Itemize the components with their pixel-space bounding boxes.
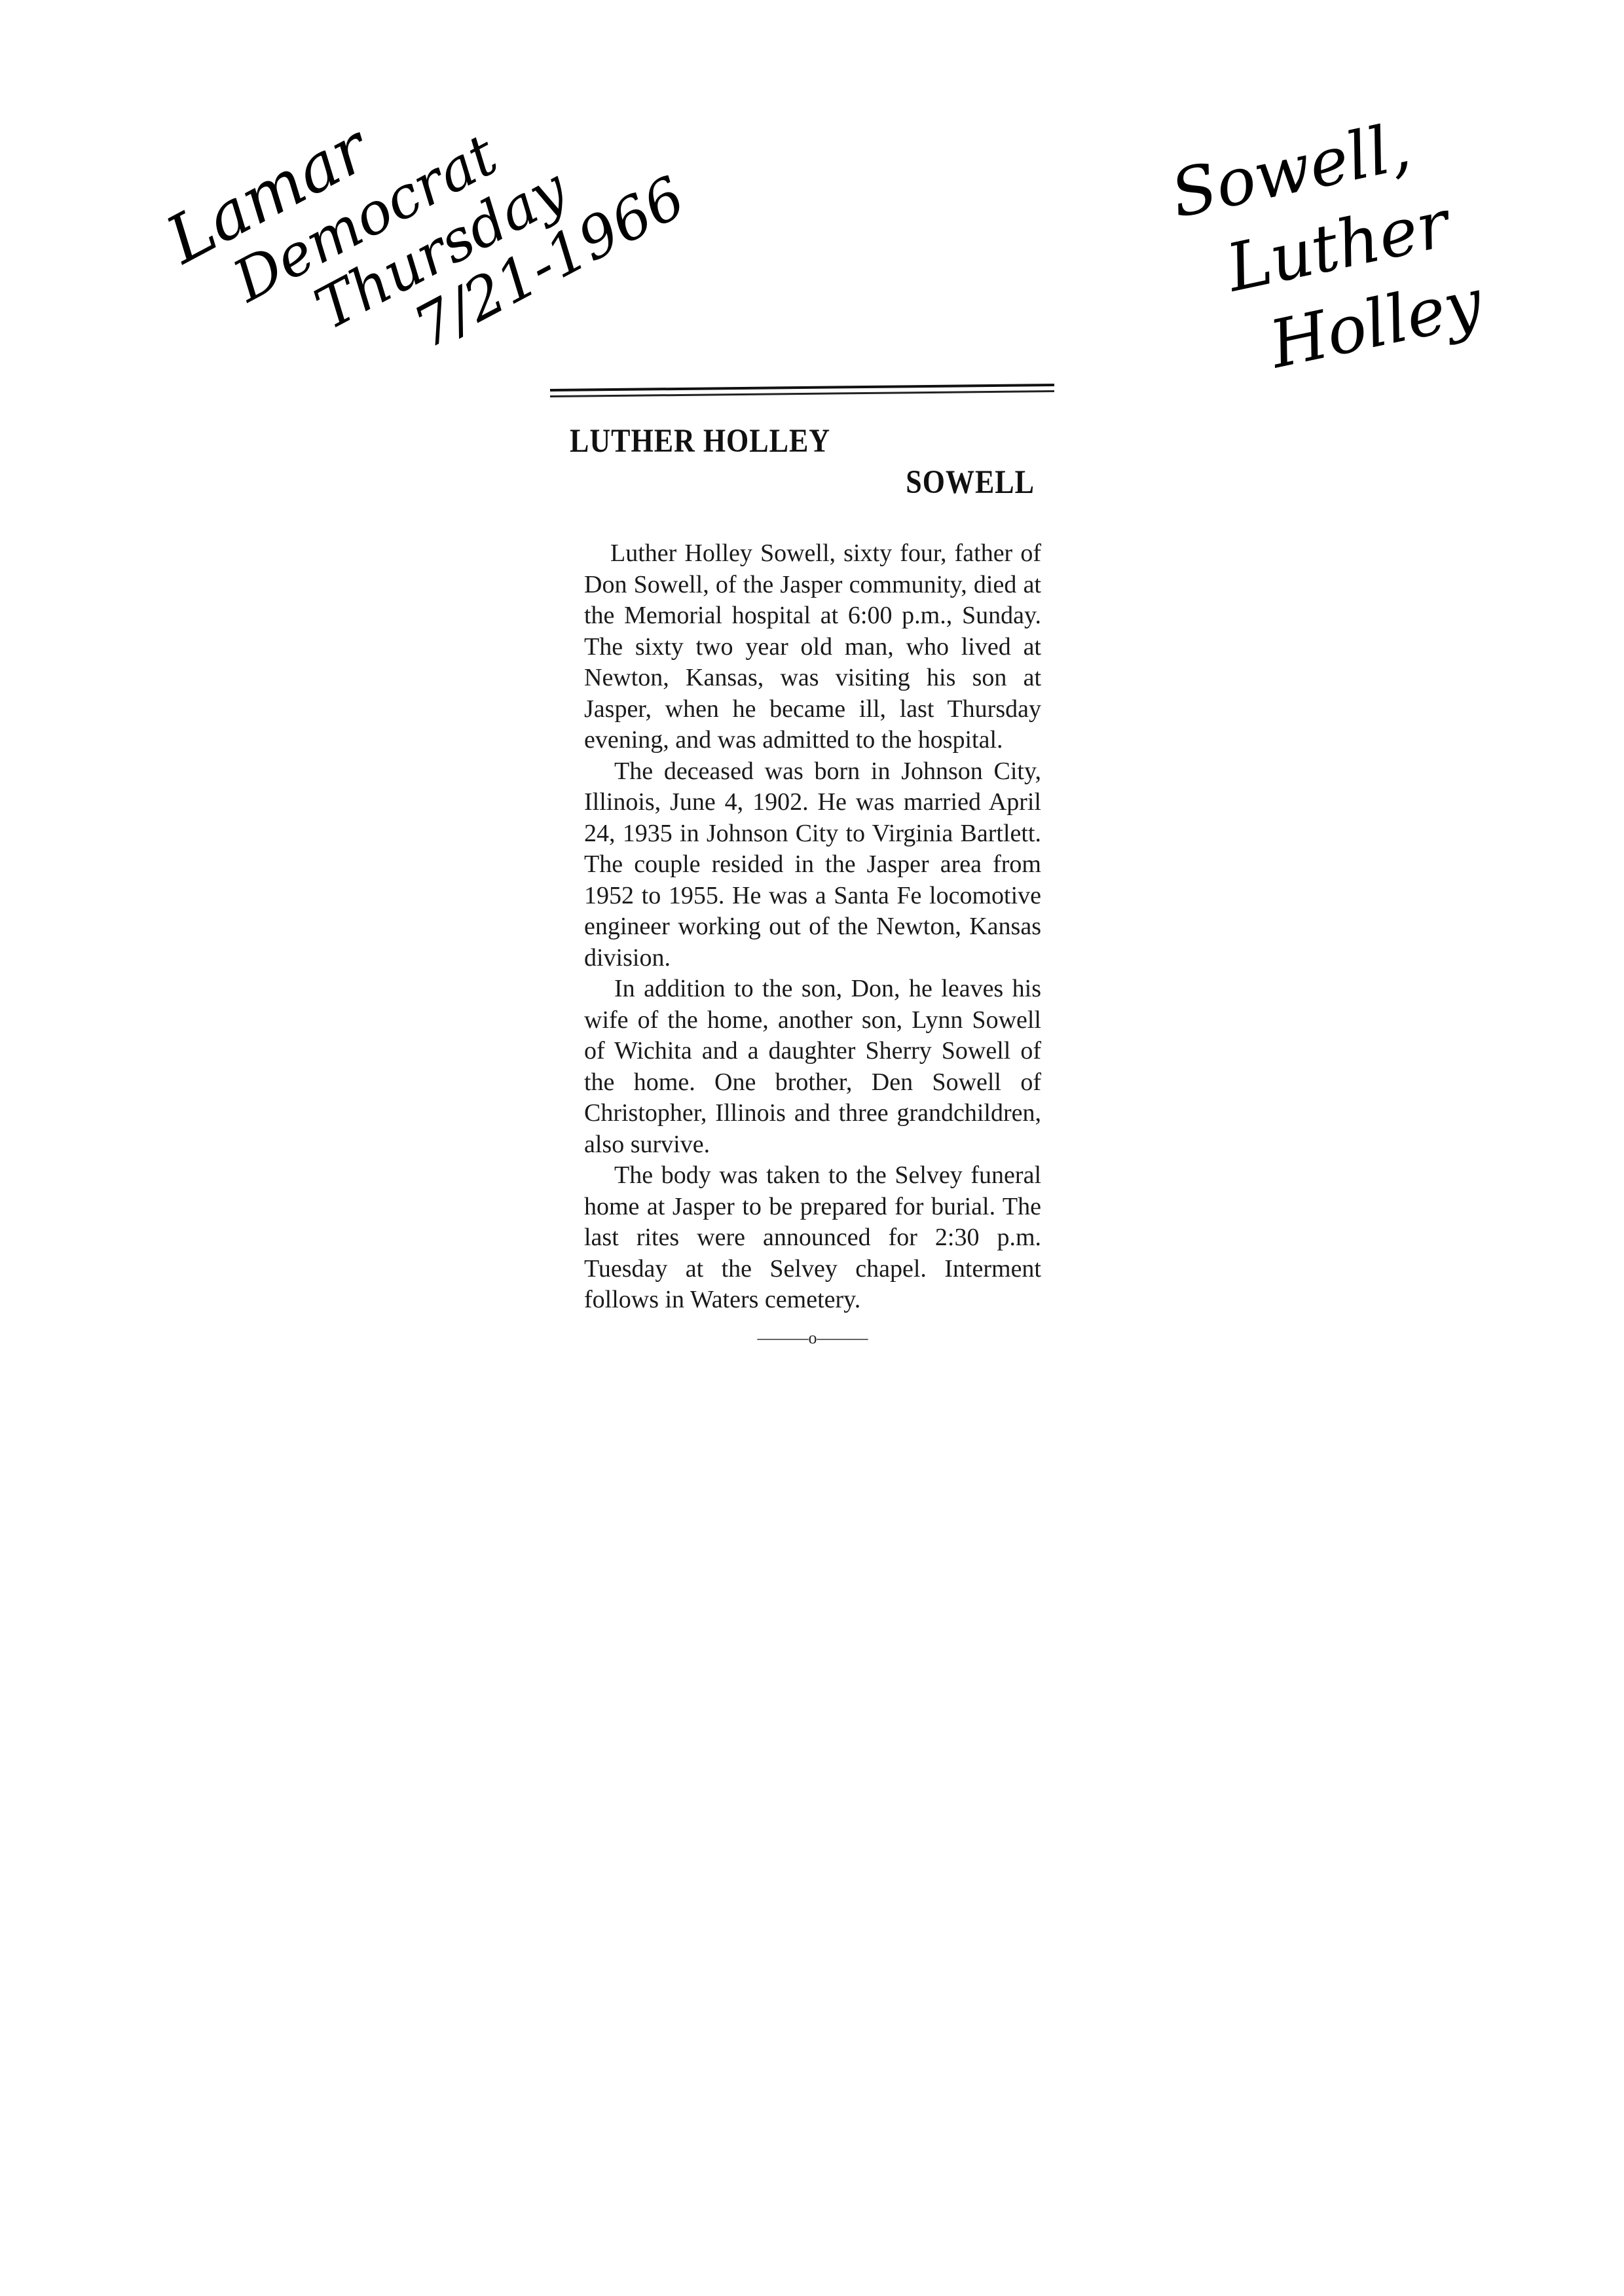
headline-line-1: LUTHER HOLLEY: [570, 422, 1054, 460]
newspaper-clipping: LUTHER HOLLEY SOWELL Luther Holley Sowel…: [550, 386, 1054, 1353]
article-paragraph: Luther Holley Sowell, sixty four, father…: [584, 538, 1041, 756]
header-rule: [550, 390, 1054, 397]
handwritten-source-note: Lamar Democrat Thursday 7/21-1966: [157, 0, 696, 445]
article-paragraph: In addition to the son, Don, he leaves h…: [584, 974, 1041, 1160]
handwritten-name-note: Sowell, Luther Holley: [1166, 105, 1492, 409]
headline-line-2: SOWELL: [550, 463, 1035, 501]
article-body: Luther Holley Sowell, sixty four, father…: [550, 538, 1054, 1353]
article-paragraph: The deceased was born in Johnson City, I…: [584, 756, 1041, 974]
article-paragraph: The body was taken to the Selvey funeral…: [584, 1160, 1041, 1316]
end-mark: ———o———: [584, 1322, 1041, 1354]
